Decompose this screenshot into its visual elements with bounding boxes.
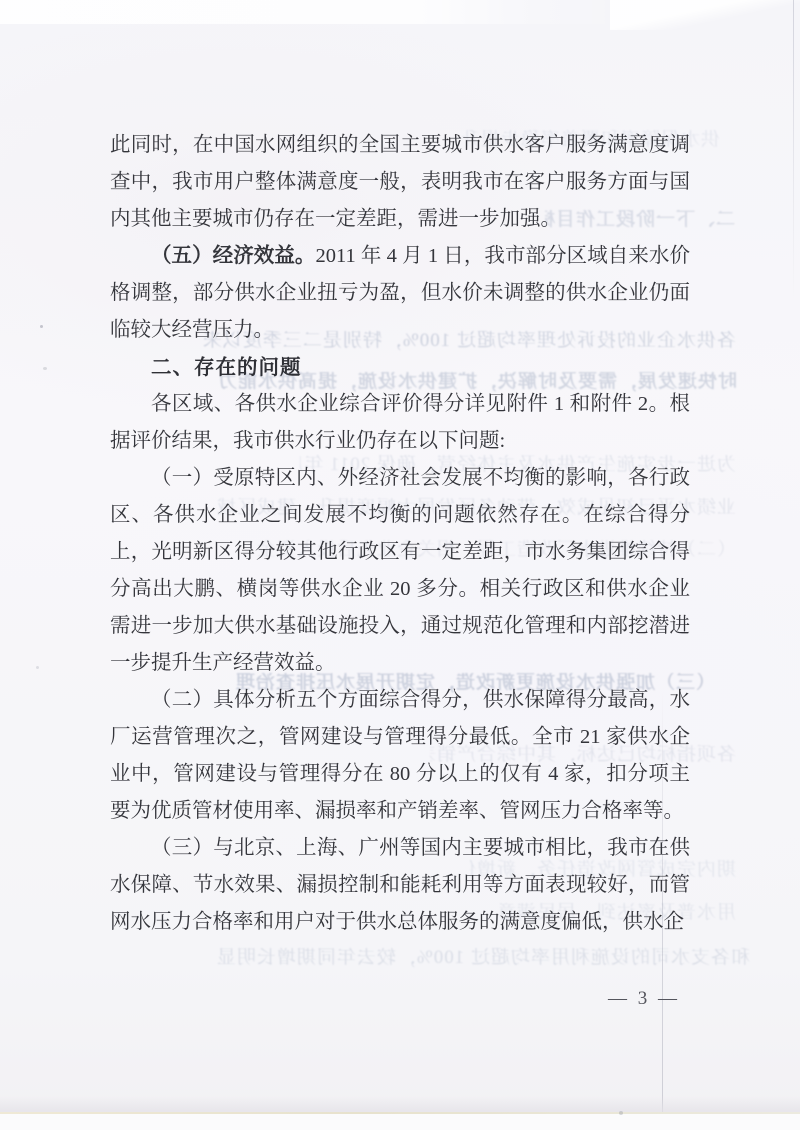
scan-bottom-shadow xyxy=(0,1096,800,1112)
paragraph-problem-2: （二）具体分析五个方面综合得分，供水保障得分最高，水厂运营管理次之，管网建设与管… xyxy=(110,682,690,830)
scan-speck xyxy=(36,666,39,669)
scan-right-edge-line xyxy=(793,0,794,300)
section-heading-existing-problems: 二、存在的问题 xyxy=(110,349,690,386)
section-label-economic-benefit: （五）经济效益。 xyxy=(151,245,316,267)
scan-speck xyxy=(40,325,43,328)
page-number: — 3 — xyxy=(596,988,692,1010)
paragraph-problem-3: （三）与北京、上海、广州等国内主要城市相比，我市在供水保障、节水效果、漏损控制和… xyxy=(110,830,690,941)
scan-speck xyxy=(43,367,47,370)
scan-top-edge xyxy=(0,0,800,24)
paragraph-evaluation-results: 各区域、各供水企业综合评价得分详见附件 1 和附件 2。根据评价结果，我市供水行… xyxy=(110,386,690,460)
paragraph-economic-benefit: （五）经济效益。2011 年 4 月 1 日，我市部分区域自来水价格调整，部分供… xyxy=(110,238,690,349)
scan-bottom-margin xyxy=(0,1114,800,1130)
paragraph-problem-1: （一）受原特区内、外经济社会发展不均衡的影响，各行政区、各供水企业之间发展不均衡… xyxy=(110,460,690,682)
scanned-document-page: 各供水企业的投诉处理率均超过 100%，特别是二三季度以来 时快速发展，需要及时… xyxy=(0,0,800,1130)
scan-bottom-edge-line xyxy=(0,1112,800,1114)
bleedthrough-text: 和各支水司的设施利用率均超过 100%，较去年同期增长明显 xyxy=(60,948,750,968)
scan-speck xyxy=(619,1111,623,1115)
paragraph-customer-satisfaction: 此同时，在中国水网组织的全国主要城市供水客户服务满意度调查中，我市用户整体满意度… xyxy=(110,127,690,238)
document-body: 此同时，在中国水网组织的全国主要城市供水客户服务满意度调查中，我市用户整体满意度… xyxy=(110,127,690,941)
scan-corner-fold xyxy=(610,0,800,30)
